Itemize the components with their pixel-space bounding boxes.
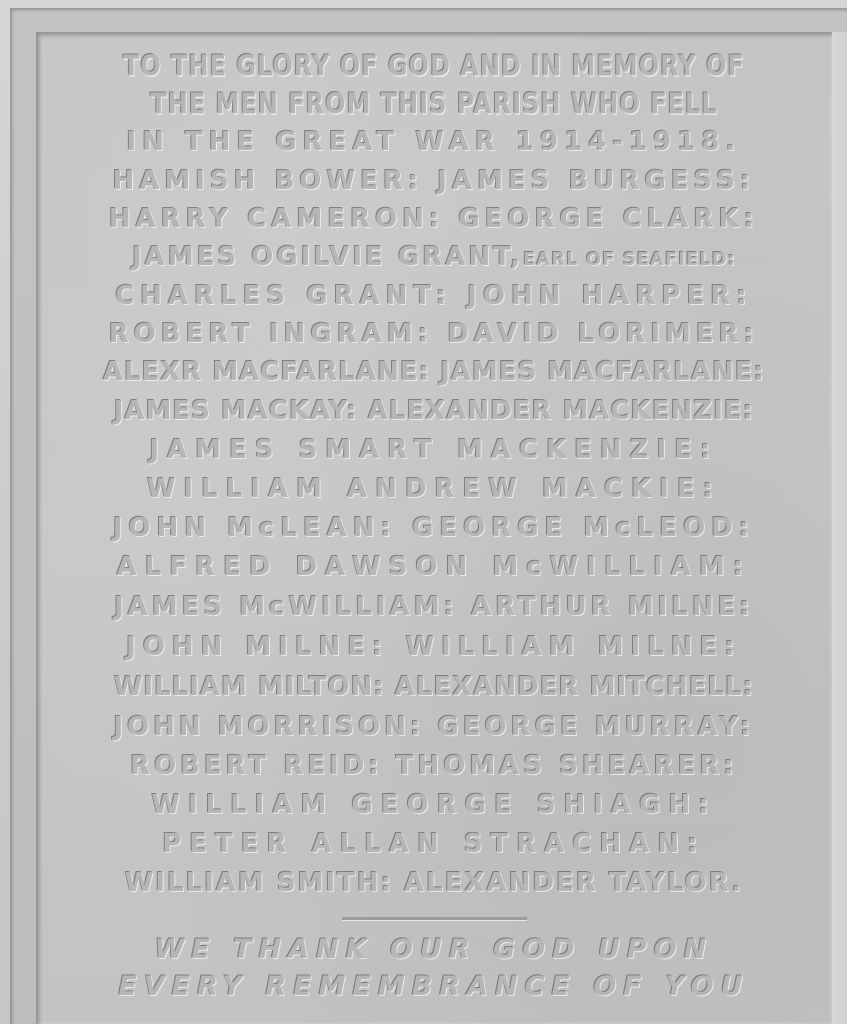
name-line: JOHN MORRISON: GEORGE MURRAY: — [36, 712, 832, 742]
name-line: CHARLES GRANT: JOHN HARPER: — [36, 281, 832, 311]
motto-line-2: EVERY REMEMBRANCE OF YOU — [36, 971, 832, 1002]
name-line: JAMES MACKAY: ALEXANDER MACKENZIE: — [36, 396, 832, 426]
name-line: ALFRED DAWSON McWILLIAM: — [36, 552, 832, 582]
name-line: ALEXR MACFARLANE: JAMES MACFARLANE: — [36, 357, 832, 387]
motto-line-1: WE THANK OUR GOD UPON — [36, 934, 832, 965]
name-line: HAMISH BOWER: JAMES BURGESS: — [36, 166, 832, 196]
name-line: HARRY CAMERON: GEORGE CLARK: — [36, 204, 832, 234]
name-line: JAMES McWILLIAM: ARTHUR MILNE: — [36, 592, 832, 622]
name-line: WILLIAM SMITH: ALEXANDER TAYLOR. — [36, 868, 832, 898]
dedication-line-3: IN THE GREAT WAR 1914-1918. — [36, 127, 832, 157]
name-line: WILLIAM MILTON: ALEXANDER MITCHELL: — [36, 672, 832, 702]
name-line: JOHN MILNE: WILLIAM MILNE: — [36, 632, 832, 662]
title-earl-of-seafield: EARL OF SEAFIELD: — [523, 249, 736, 270]
dedication-line-2: THE MEN FROM THIS PARISH WHO FELL — [36, 87, 832, 121]
frame-right-edge — [832, 32, 847, 1024]
name-line: ROBERT REID: THOMAS SHEARER: — [36, 751, 832, 781]
name-line: WILLIAM ANDREW MACKIE: — [36, 474, 832, 504]
name-line: ROBERT INGRAM: DAVID LORIMER: — [36, 319, 832, 349]
name-line: JOHN McLEAN: GEORGE McLEOD: — [36, 513, 832, 543]
name-line: JAMES SMART MACKENZIE: — [36, 435, 832, 465]
name-line: PETER ALLAN STRACHAN: — [36, 829, 832, 859]
name-text: JAMES OGILVIE GRANT, — [132, 242, 523, 272]
name-line-with-title: JAMES OGILVIE GRANT,EARL OF SEAFIELD: — [36, 242, 832, 272]
dedication-line-1: TO THE GLORY OF GOD AND IN MEMORY OF — [36, 49, 832, 83]
name-line: WILLIAM GEORGE SHIAGH: — [36, 790, 832, 820]
divider-rule — [342, 917, 527, 920]
